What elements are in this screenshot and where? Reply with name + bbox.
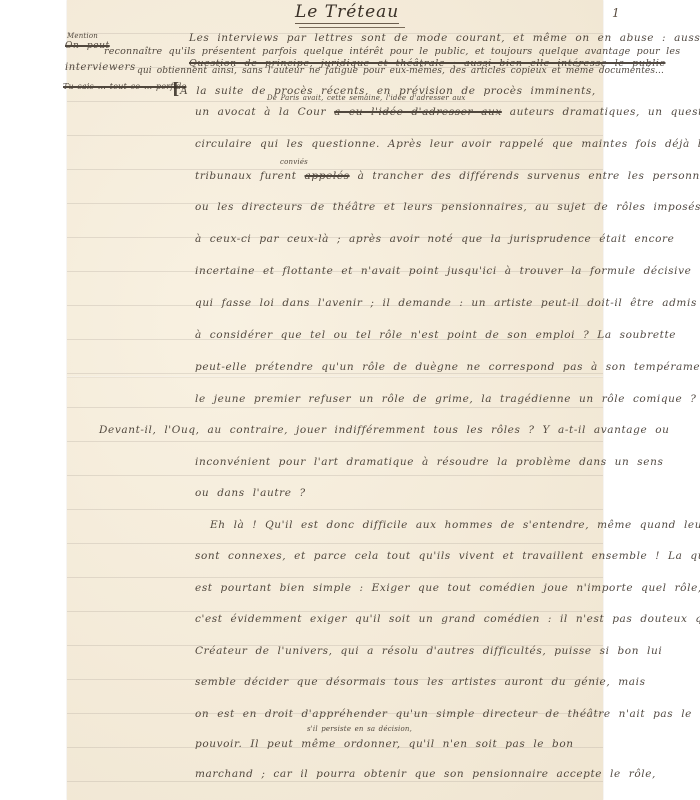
text-line-8-start: tribunaux furent [195, 170, 297, 182]
text-line-6-struck: a eu l'idée d'adresser aux [334, 106, 502, 118]
text-line-25: pouvoir. Il peut même ordonner, qu'il n'… [195, 738, 574, 750]
margin-struck-note: Tu sais ... tout ce ... perfide [63, 82, 186, 91]
text-line-24: on est en droit d'appréhender qu'un simp… [195, 708, 700, 720]
text-line-18: Eh là ! Qu'il est donc difficile aux hom… [210, 519, 700, 531]
interlinear-insert-8: conviés [280, 158, 308, 166]
text-line-1: Les interviews par lettres sont de mode … [189, 32, 700, 44]
margin-devant-line: Devant-il, l'Ouq, au contraire, jouer in… [99, 424, 670, 436]
interlinear-insert-25: s'il persiste en sa décision, [307, 725, 412, 733]
margin-interviewers: interviewers [65, 62, 136, 73]
interlinear-insert-6: De Paris avait, cette semaine, l'idée d'… [267, 94, 466, 102]
page-number: 1 [612, 6, 620, 20]
text-line-8-struck: appelés [305, 170, 350, 182]
text-line-7: circulaire qui les questionne. Après leu… [195, 138, 700, 150]
text-line-20: est pourtant bien simple : Exiger que to… [195, 582, 700, 594]
text-line-4: qui obtiennent ainsi, sans l'auteur ne f… [137, 66, 664, 76]
text-line-19: sont connexes, et parce cela tout qu'ils… [195, 550, 700, 562]
text-line-10: à ceux-ci par ceux-là ; après avoir noté… [195, 233, 674, 245]
text-line-25-start: pouvoir. Il peut même ordonner, [195, 738, 401, 750]
text-line-12: qui fasse loi dans l'avenir ; il demande… [195, 297, 697, 309]
text-line-21: c'est évidemment exiger qu'il soit un gr… [195, 613, 700, 625]
text-line-25-tail: qu'il n'en soit pas le bon [409, 738, 574, 750]
text-line-17: ou dans l'autre ? [195, 487, 306, 499]
text-line-22: Créateur de l'univers, qui a résolu d'au… [195, 645, 662, 657]
text-line-15: le jeune premier refuser un rôle de grim… [195, 393, 697, 405]
paper-fold [67, 376, 603, 378]
text-line-2: reconnaître qu'ils présentent parfois qu… [104, 46, 680, 57]
text-line-13: à considérer que tel ou tel rôle n'est p… [195, 329, 676, 341]
text-line-23: semble décider que désormais tous les ar… [195, 676, 646, 688]
text-line-16: inconvénient pour l'art dramatique à rés… [195, 456, 663, 468]
text-line-8: tribunaux furent appelés à trancher des … [195, 170, 700, 182]
text-line-9: ou les directeurs de théâtre et leurs pe… [195, 201, 700, 213]
margin-insert-mention: Mention [67, 32, 98, 40]
text-line-26: marchand ; car il pourra obtenir que son… [195, 768, 656, 780]
text-line-11: incertaine et flottante et n'avait point… [195, 265, 691, 277]
text-line-6-start: un avocat à la Cour [195, 106, 326, 118]
insert-bracket: [ [172, 79, 180, 98]
text-line-6-tail: auteurs dramatiques, un questionnaire [510, 106, 700, 118]
text-line-8-tail: à trancher des différends survenus entre… [358, 170, 700, 182]
manuscript-page: Le Tréteau 1 Mention On peut interviewer… [67, 0, 603, 800]
page-title: Le Tréteau [295, 2, 399, 24]
text-line-14: peut-elle prétendre qu'un rôle de duègne… [195, 361, 700, 373]
text-line-6: un avocat à la Cour a eu l'idée d'adress… [195, 106, 700, 118]
